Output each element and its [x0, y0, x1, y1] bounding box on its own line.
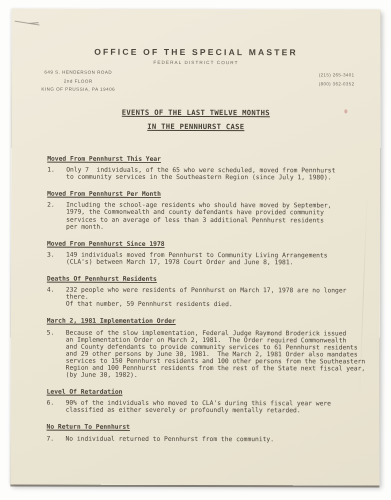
numbered-item: 6. 90% of the individuals who moved to C… — [47, 400, 367, 415]
numbered-item: 4. 232 people who were residents of Penn… — [47, 287, 367, 309]
item-text: No individual returned to Pennhurst from… — [65, 435, 366, 443]
numbered-item: 7. No individual returned to Pennhurst f… — [46, 435, 366, 443]
numbered-item: 3. 149 individuals moved from Pennhurst … — [47, 251, 367, 266]
section-heading: Moved From Pennhurst Since 1978 — [47, 240, 367, 248]
phone-number-2: (800) 362-0352 — [319, 79, 355, 88]
item-text: 90% of the individuals who moved to CLA'… — [66, 400, 367, 415]
document-paper: OFFICE OF THE SPECIAL MASTER FEDERAL DIS… — [10, 9, 380, 486]
scan-scratch-mark — [15, 21, 40, 26]
numbered-item: 5. Because of the slow implementation, F… — [47, 329, 367, 379]
item-number: 5. — [47, 329, 66, 379]
document-title-line-2: IN THE PENNHURST CASE — [147, 121, 244, 130]
item-number: 4. — [47, 287, 66, 308]
phone-number-1: (215) 265-3401 — [319, 70, 355, 79]
letterhead-phones: (215) 265-3401 (800) 362-0352 — [319, 70, 355, 88]
section-heading: Level Of Retardation — [47, 389, 367, 397]
document-title-line-1: EVENTS OF THE LAST TWELVE MONTHS — [122, 108, 270, 117]
document-section: Moved From Pennhurst Since 1978 3. 149 i… — [47, 240, 367, 266]
item-number: 3. — [47, 251, 66, 265]
item-text: Because of the slow implementation, Fede… — [66, 329, 367, 379]
item-text: Only 7 individuals, of the 65 who were s… — [66, 167, 367, 182]
document-body: Moved From Pennhurst This Year 1. Only 7… — [46, 156, 367, 453]
letterhead-subtitle: FEDERAL DISTRICT COURT — [11, 60, 380, 66]
numbered-item: 2. Including the school-age residents wh… — [47, 202, 367, 231]
item-number: 6. — [47, 400, 66, 414]
section-heading: No Return To Pennhurst — [47, 424, 367, 432]
numbered-item: 1. Only 7 individuals, of the 65 who wer… — [47, 167, 367, 182]
address-line-2: 2nd FLOOR — [41, 77, 115, 86]
letterhead-title: OFFICE OF THE SPECIAL MASTER — [11, 47, 380, 58]
document-section: Moved From Pennhurst Per Month 2. Includ… — [47, 191, 367, 231]
scanned-document-page: { "letterhead": { "title": "OFFICE OF TH… — [0, 0, 391, 500]
item-number: 1. — [47, 167, 66, 181]
document-section: Level Of Retardation 6. 90% of the indiv… — [47, 389, 367, 415]
document-title: EVENTS OF THE LAST TWELVE MONTHS IN THE … — [11, 108, 380, 131]
item-text: 232 people who were residents of Pennhur… — [66, 287, 367, 309]
item-number: 7. — [46, 435, 65, 442]
letterhead-address: 649 S. HENDERSON ROAD 2nd FLOOR KING OF … — [41, 69, 115, 95]
document-section: March 2, 1981 Implementation Order 5. Be… — [47, 318, 367, 380]
address-line-1: 649 S. HENDERSON ROAD — [41, 69, 115, 78]
item-text: 149 individuals moved from Pennhurst to … — [66, 252, 367, 267]
document-section: Deaths Of Pennhurst Residents 4. 232 peo… — [47, 276, 367, 309]
address-line-3: KING OF PRUSSIA, PA 19406 — [41, 86, 115, 95]
section-heading: Moved From Pennhurst Per Month — [47, 191, 367, 199]
document-section: No Return To Pennhurst 7. No individual … — [46, 424, 366, 443]
section-heading: March 2, 1981 Implementation Order — [47, 318, 367, 326]
section-heading: Deaths Of Pennhurst Residents — [47, 276, 367, 284]
item-number: 2. — [47, 202, 66, 230]
document-section: Moved From Pennhurst This Year 1. Only 7… — [47, 156, 367, 182]
item-text: Including the school-age residents who s… — [66, 202, 367, 231]
section-heading: Moved From Pennhurst This Year — [47, 156, 367, 164]
